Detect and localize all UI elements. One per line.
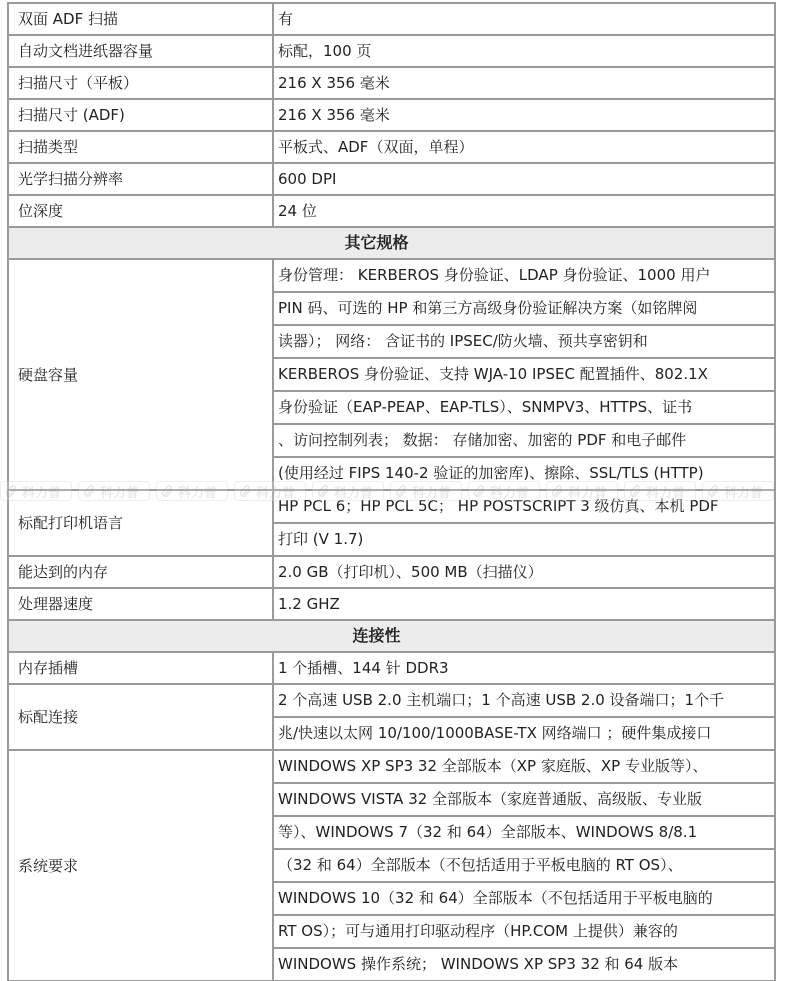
value-line: 打印 (V 1.7) <box>274 524 774 555</box>
value-line: PIN 码、可选的 HP 和第三方高级身份验证解决方案（如铭牌阅 <box>274 293 774 326</box>
row-label: 双面 ADF 扫描 <box>8 3 273 35</box>
table-row-printer-language: 标配打印机语言 HP PCL 6；HP PCL 5C； HP POSTSCRIP… <box>8 490 775 556</box>
value-line: HP PCL 6；HP PCL 5C； HP POSTSCRIPT 3 级仿真、… <box>274 491 774 524</box>
row-value: 2.0 GB（打印机）、500 MB（扫描仪） <box>273 556 775 588</box>
value-line: 身份管理： KERBEROS 身份验证、LDAP 身份验证、1000 用户 <box>274 260 774 293</box>
section-title: 其它规格 <box>344 228 408 258</box>
row-value: 216 X 356 毫米 <box>273 67 775 99</box>
table-row: 内存插槽 1 个插槽、144 针 DDR3 <box>8 652 775 684</box>
section-title: 连接性 <box>352 621 400 651</box>
value-line: (使用经过 FIPS 140-2 验证的加密库)、擦除、SSL/TLS (HTT… <box>274 458 774 489</box>
row-label: 光学扫描分辨率 <box>8 163 273 195</box>
value-line: WINDOWS 操作系统； WINDOWS XP SP3 32 和 64 版本 <box>274 949 774 980</box>
table-row: 能达到的内存 2.0 GB（打印机）、500 MB（扫描仪） <box>8 556 775 588</box>
value-line: RT OS）；可与通用打印驱动程序（HP.COM 上提供）兼容的 <box>274 916 774 949</box>
row-label: 处理器速度 <box>8 588 273 620</box>
table-row-system-requirements: 系统要求 WINDOWS XP SP3 32 全部版本（XP 家庭版、XP 专业… <box>8 750 775 981</box>
table-row: 处理器速度 1.2 GHZ <box>8 588 775 620</box>
table-row: 扫描类型 平板式、ADF（双面，单程） <box>8 131 775 163</box>
section-header-other-specs: 其它规格 <box>8 227 775 259</box>
row-value: 600 DPI <box>273 163 775 195</box>
spec-table: 双面 ADF 扫描 有 自动文档进纸器容量 标配，100 页 扫描尺寸（平板） … <box>7 2 776 981</box>
row-value-multiline: 2 个高速 USB 2.0 主机端口；1 个高速 USB 2.0 设备端口；1个… <box>273 684 775 750</box>
row-label: 扫描尺寸 (ADF) <box>8 99 273 131</box>
table-row: 双面 ADF 扫描 有 <box>8 3 775 35</box>
section-header-row: 其它规格 <box>8 227 775 259</box>
value-line: 读器）； 网络： 含证书的 IPSEC/防火墙、预共享密钥和 <box>274 326 774 359</box>
value-line: KERBEROS 身份验证、支持 WJA-10 IPSEC 配置插件、802.1… <box>274 359 774 392</box>
row-label: 标配打印机语言 <box>8 490 273 556</box>
table-row: 自动文档进纸器容量 标配，100 页 <box>8 35 775 67</box>
section-header-connectivity: 连接性 <box>8 620 775 652</box>
value-line: 等）、WINDOWS 7（32 和 64）全部版本、WINDOWS 8/8.1 <box>274 817 774 850</box>
value-line: （32 和 64）全部版本（不包括适用于平板电脑的 RT OS）、 <box>274 850 774 883</box>
section-header-row: 连接性 <box>8 620 775 652</box>
row-value-multiline: WINDOWS XP SP3 32 全部版本（XP 家庭版、XP 专业版等）、 … <box>273 750 775 981</box>
row-value: 216 X 356 毫米 <box>273 99 775 131</box>
row-value: 有 <box>273 3 775 35</box>
row-value: 平板式、ADF（双面，单程） <box>273 131 775 163</box>
table-row: 扫描尺寸 (ADF) 216 X 356 毫米 <box>8 99 775 131</box>
table-row: 扫描尺寸（平板） 216 X 356 毫米 <box>8 67 775 99</box>
row-label: 标配连接 <box>8 684 273 750</box>
value-line: 、访问控制列表； 数据： 存储加密、加密的 PDF 和电子邮件 <box>274 425 774 458</box>
row-label: 扫描尺寸（平板） <box>8 67 273 99</box>
row-value: 1.2 GHZ <box>273 588 775 620</box>
value-line: 兆/快速以太网 10/100/1000BASE-TX 网络端口 ；硬件集成接口 <box>274 718 774 749</box>
table-row-hdd: 硬盘容量 身份管理： KERBEROS 身份验证、LDAP 身份验证、1000 … <box>8 259 775 490</box>
table-row-standard-connectivity: 标配连接 2 个高速 USB 2.0 主机端口；1 个高速 USB 2.0 设备… <box>8 684 775 750</box>
value-line: WINDOWS VISTA 32 全部版本（家庭普通版、高级版、专业版 <box>274 784 774 817</box>
row-value-multiline: HP PCL 6；HP PCL 5C； HP POSTSCRIPT 3 级仿真、… <box>273 490 775 556</box>
row-label: 系统要求 <box>8 750 273 981</box>
row-label: 内存插槽 <box>8 652 273 684</box>
row-label: 扫描类型 <box>8 131 273 163</box>
row-value-multiline: 身份管理： KERBEROS 身份验证、LDAP 身份验证、1000 用户 PI… <box>273 259 775 490</box>
row-value: 标配，100 页 <box>273 35 775 67</box>
row-value: 1 个插槽、144 针 DDR3 <box>273 652 775 684</box>
value-line: 身份验证（EAP-PEAP、EAP-TLS）、SNMPV3、HTTPS、证书 <box>274 392 774 425</box>
row-value: 24 位 <box>273 195 775 227</box>
value-line: WINDOWS XP SP3 32 全部版本（XP 家庭版、XP 专业版等）、 <box>274 751 774 784</box>
table-row: 光学扫描分辨率 600 DPI <box>8 163 775 195</box>
value-line: 2 个高速 USB 2.0 主机端口；1 个高速 USB 2.0 设备端口；1个… <box>274 685 774 718</box>
row-label: 硬盘容量 <box>8 259 273 490</box>
value-line: WINDOWS 10（32 和 64）全部版本（不包括适用于平板电脑的 <box>274 883 774 916</box>
row-label: 自动文档进纸器容量 <box>8 35 273 67</box>
row-label: 位深度 <box>8 195 273 227</box>
table-row: 位深度 24 位 <box>8 195 775 227</box>
row-label: 能达到的内存 <box>8 556 273 588</box>
